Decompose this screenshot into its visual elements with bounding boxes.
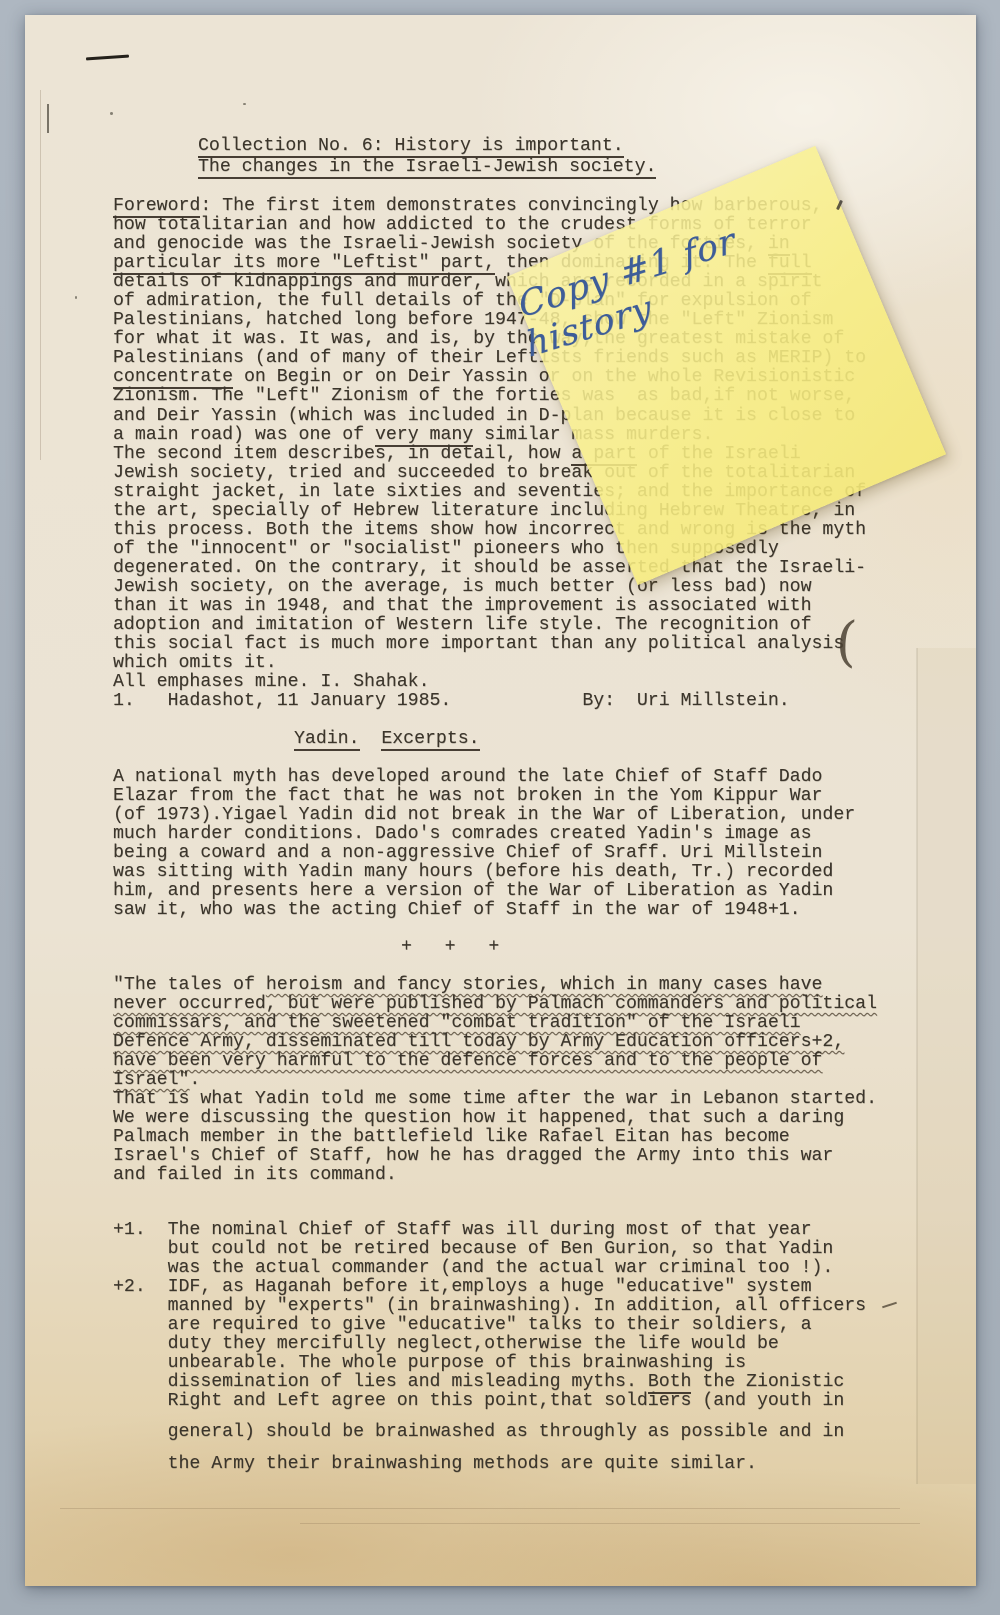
document-title: Collection No. 6: History is important.T…: [198, 136, 656, 178]
lebanon-paragraph: That is what Yadin told me some time aft…: [113, 1090, 877, 1185]
pen-parenthesis-mark: (: [834, 609, 858, 673]
pencil-streak: [300, 1523, 920, 1524]
dust-speck: [243, 103, 246, 105]
paper-crease-left: [40, 90, 41, 460]
section-heading: Yadin. Excerpts.: [294, 730, 480, 749]
yadin-paragraph: A national myth has developed around the…: [113, 768, 855, 920]
dust-speck: [75, 296, 77, 299]
dust-speck: [110, 112, 113, 115]
pen-tick-left-edge: [47, 104, 49, 133]
dust-speck: [606, 197, 608, 199]
scan-background: Collection No. 6: History is important.T…: [0, 0, 1000, 1615]
plus-separator: + + +: [401, 938, 499, 957]
pencil-streak: [60, 1508, 900, 1509]
footnotes: +1. The nominal Chief of Staff was ill d…: [113, 1221, 866, 1474]
quote-paragraph: "The tales of heroism and fancy stories,…: [113, 976, 877, 1090]
attribution-line: 1. Hadashot, 11 January 1985. By: Uri Mi…: [113, 692, 790, 711]
paper-shade-right: [917, 648, 976, 1484]
